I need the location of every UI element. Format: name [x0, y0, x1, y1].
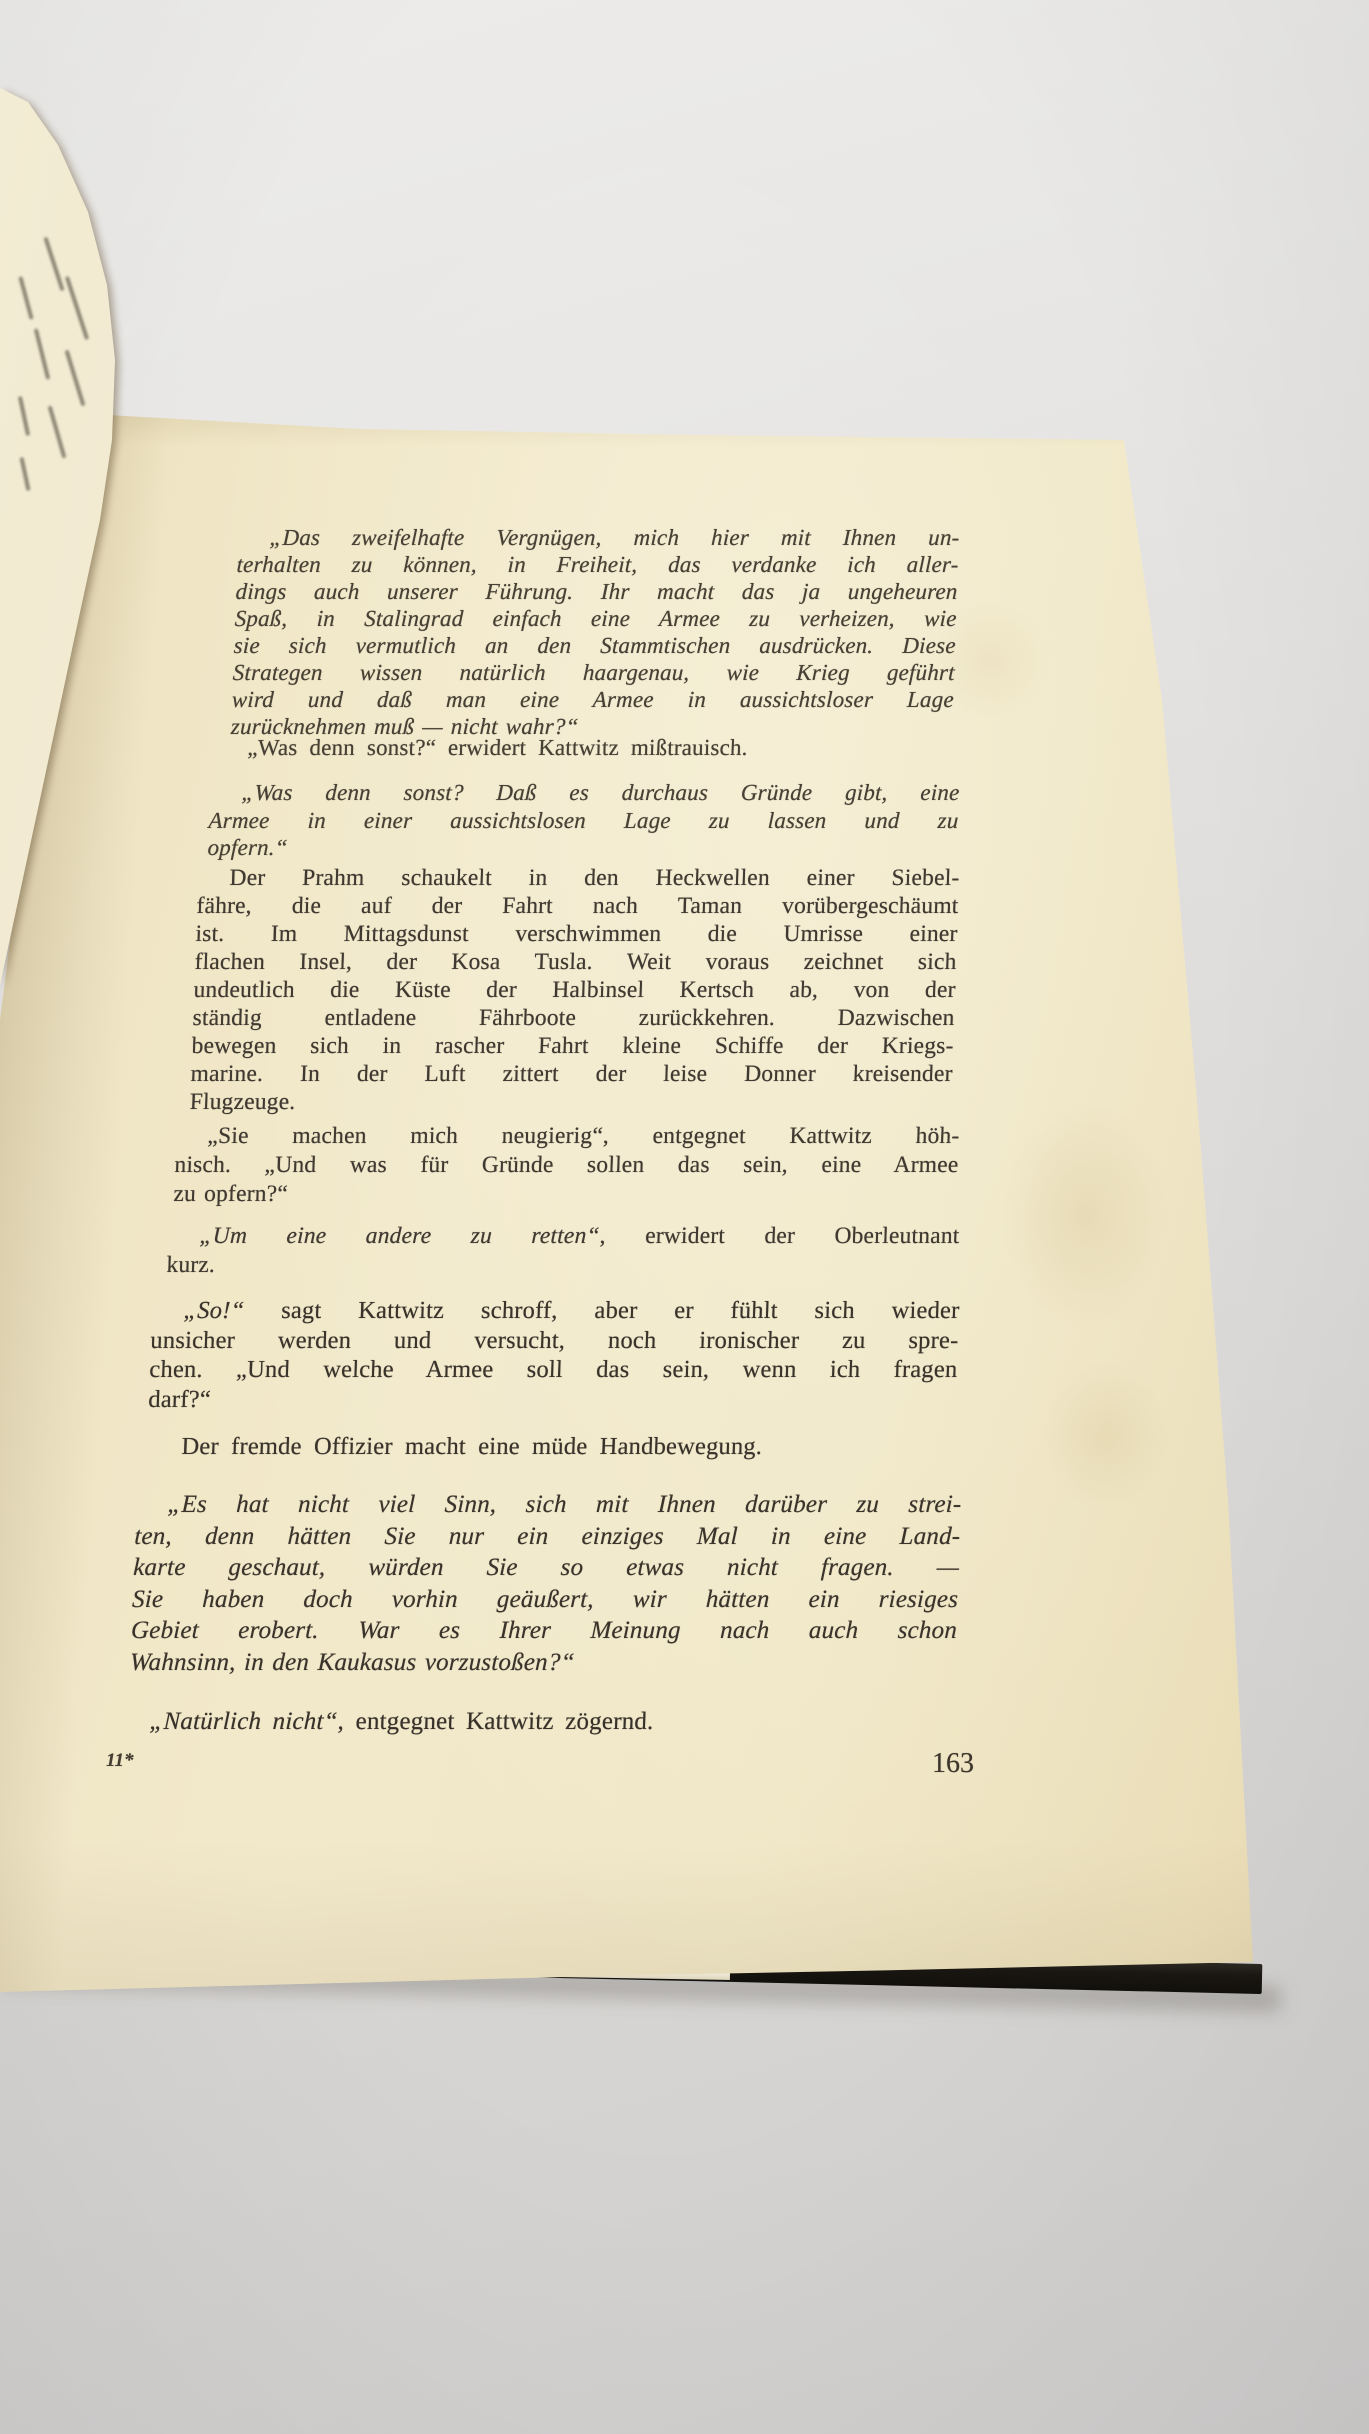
lifted-page: [0, 0, 1369, 2434]
lifted-page-face: [0, 0, 1369, 2434]
photo: „Das zweifelhafte Vergnügen, mich hier m…: [0, 0, 1369, 2434]
